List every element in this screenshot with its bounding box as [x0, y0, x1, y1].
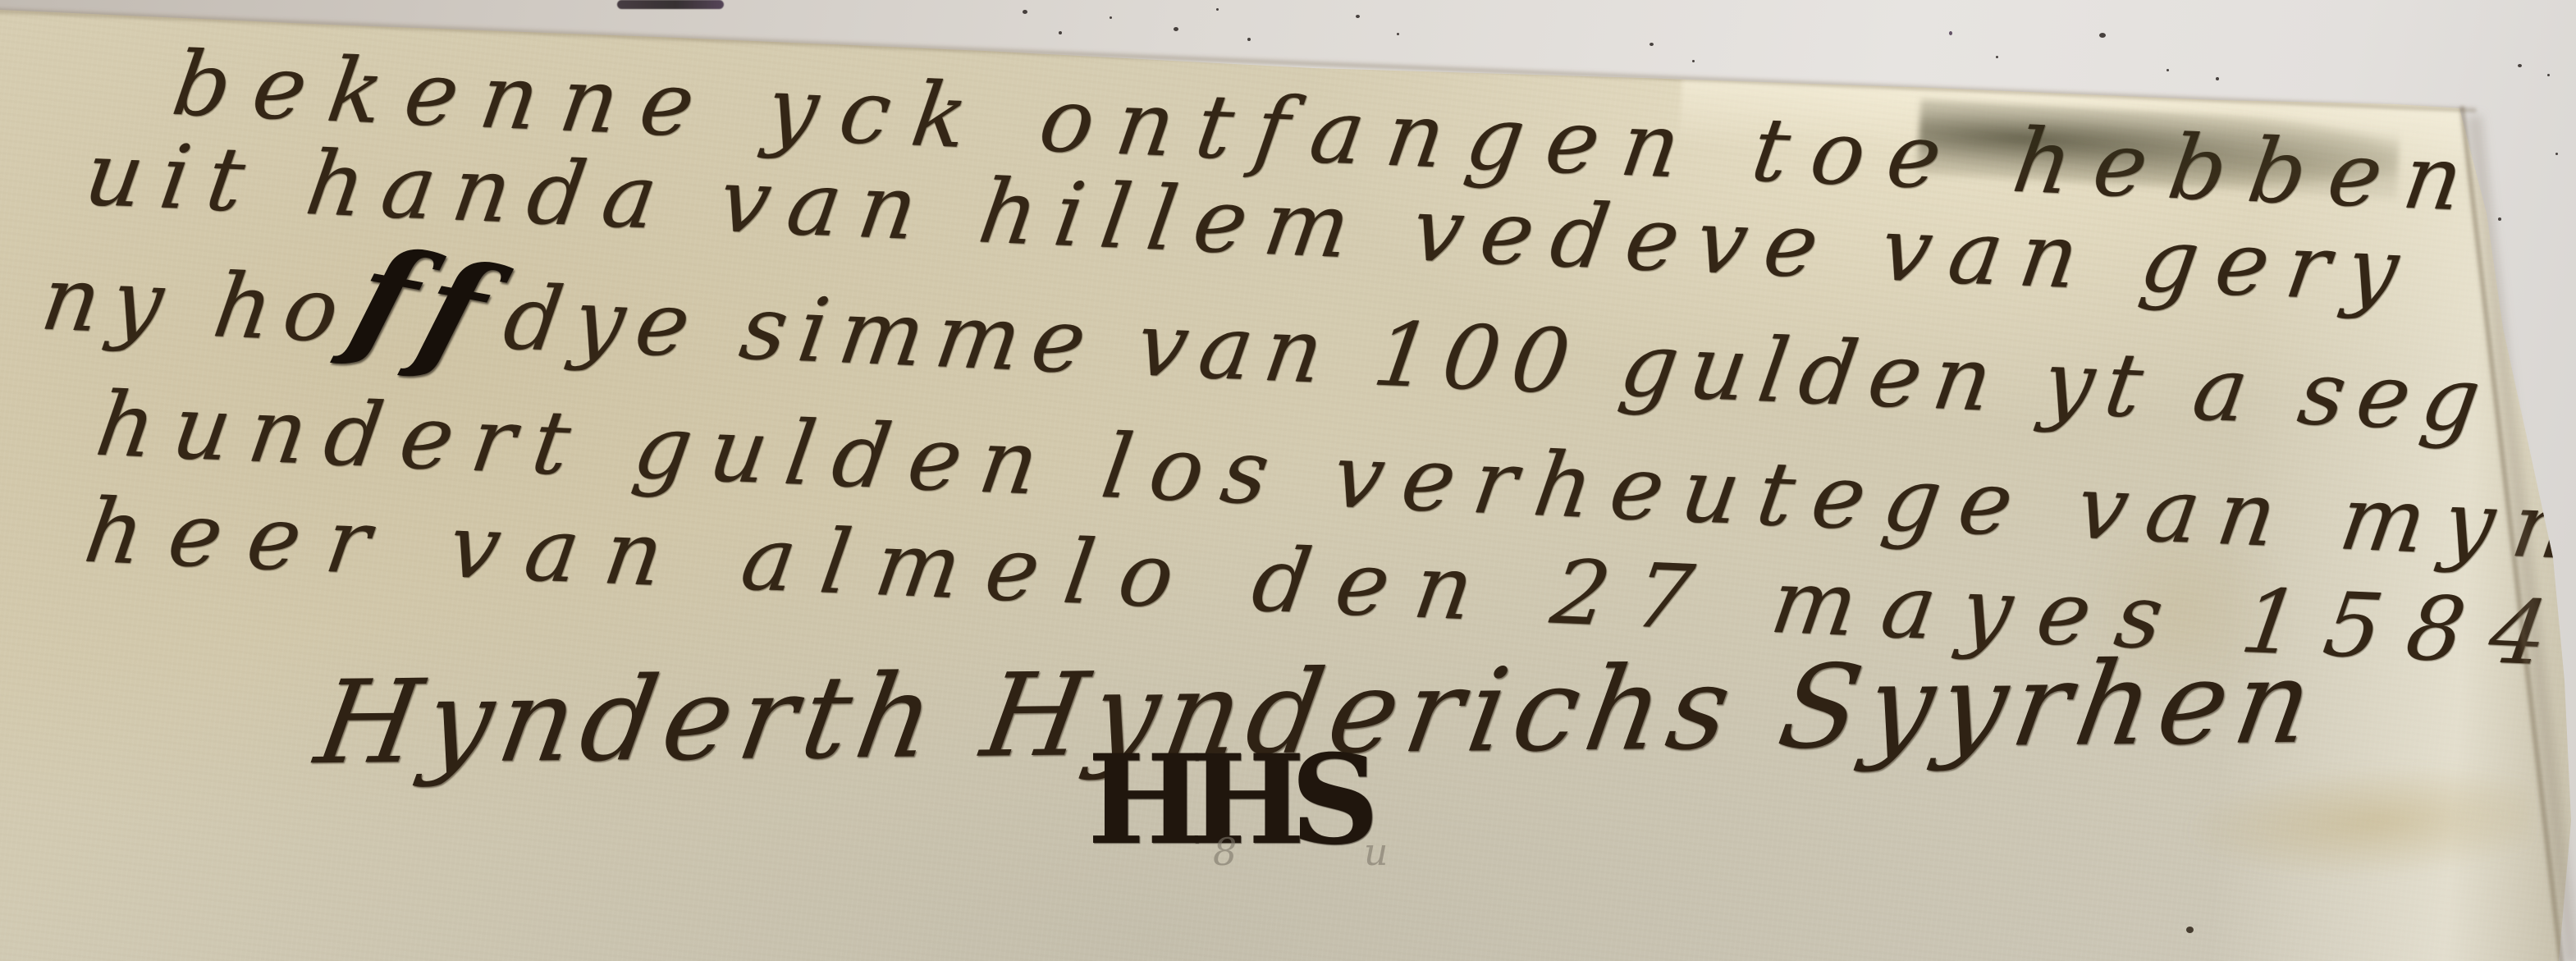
ink-speck	[1397, 33, 1399, 35]
ink-speck	[2099, 33, 2106, 38]
ink-speck	[2498, 217, 2501, 221]
ink-speck	[1174, 27, 1178, 31]
ink-speck	[1692, 60, 1695, 62]
ink-speck	[1949, 31, 1952, 35]
ink-speck	[2216, 77, 2219, 80]
ink-speck	[1110, 16, 1112, 19]
text-line-3-pre: ny ho	[35, 248, 358, 363]
ink-speck	[2547, 74, 2550, 76]
ink-speck	[1356, 15, 1360, 18]
paraph-flourish: ff	[339, 229, 511, 384]
ink-speck	[1649, 43, 1654, 46]
ink-speck	[2555, 153, 2558, 155]
pencil-marks: 8 u	[1213, 833, 1446, 871]
ink-dot	[2186, 927, 2194, 933]
ink-speck	[2166, 69, 2169, 71]
ink-speck	[1996, 56, 1998, 58]
ink-speck	[1216, 8, 1219, 11]
paper-sheet: bekenne yck ontfangen toe hebben uit han…	[0, 0, 2576, 961]
ink-smear-top-edge	[617, 0, 724, 9]
ink-speck	[2518, 64, 2522, 67]
ink-speck	[1059, 31, 1062, 34]
stain-bottom-right	[2185, 758, 2534, 887]
ink-speck	[1247, 38, 1251, 41]
photo-background: bekenne yck ontfangen toe hebben uit han…	[0, 0, 2576, 961]
ink-speck	[1023, 10, 1027, 14]
